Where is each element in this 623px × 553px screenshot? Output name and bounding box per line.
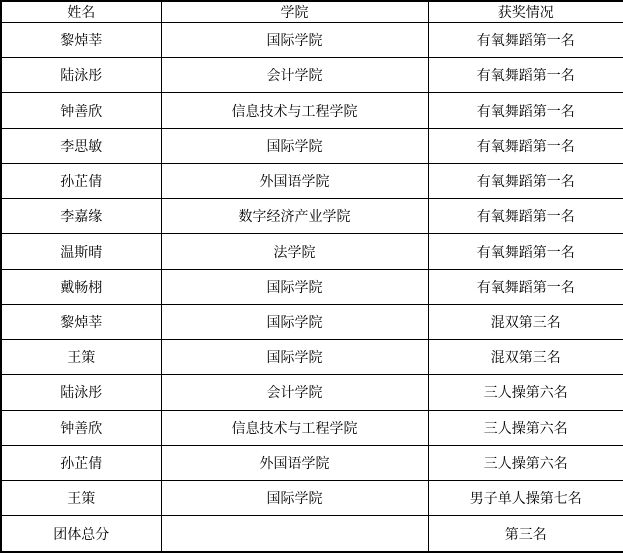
name-cell: 孙芷倩	[1, 163, 161, 198]
table-row: 团体总分 第三名	[1, 516, 623, 552]
table-row: 陆泳彤 会计学院 三人操第六名	[1, 375, 623, 410]
school-cell: 国际学院	[161, 269, 428, 304]
name-cell: 钟善欣	[1, 410, 161, 445]
award-cell: 男子单人操第七名	[428, 481, 623, 516]
name-cell: 温斯晴	[1, 234, 161, 269]
header-cell-award: 获奖情况	[428, 1, 623, 23]
award-cell: 有氧舞蹈第一名	[428, 163, 623, 198]
award-cell: 三人操第六名	[428, 410, 623, 445]
school-cell: 信息技术与工程学院	[161, 93, 428, 128]
award-cell: 有氧舞蹈第一名	[428, 128, 623, 163]
award-cell: 三人操第六名	[428, 445, 623, 480]
name-cell: 钟善欣	[1, 93, 161, 128]
award-cell: 混双第三名	[428, 304, 623, 339]
name-cell: 黎焯莘	[1, 23, 161, 58]
table-row: 李嘉缘 数字经济产业学院 有氧舞蹈第一名	[1, 199, 623, 234]
school-cell: 国际学院	[161, 481, 428, 516]
name-cell: 陆泳彤	[1, 58, 161, 93]
table-row: 王策 国际学院 男子单人操第七名	[1, 481, 623, 516]
table-row: 戴畅栩 国际学院 有氧舞蹈第一名	[1, 269, 623, 304]
school-cell: 会计学院	[161, 58, 428, 93]
school-cell: 国际学院	[161, 23, 428, 58]
table-row: 温斯晴 法学院 有氧舞蹈第一名	[1, 234, 623, 269]
school-cell: 会计学院	[161, 375, 428, 410]
table-row: 黎焯莘 国际学院 混双第三名	[1, 304, 623, 339]
name-cell: 黎焯莘	[1, 304, 161, 339]
name-cell: 王策	[1, 340, 161, 375]
name-cell: 团体总分	[1, 516, 161, 552]
header-row: 姓名 学院 获奖情况	[1, 1, 623, 23]
table-row: 陆泳彤 会计学院 有氧舞蹈第一名	[1, 58, 623, 93]
award-cell: 有氧舞蹈第一名	[428, 234, 623, 269]
table-row: 钟善欣 信息技术与工程学院 有氧舞蹈第一名	[1, 93, 623, 128]
name-cell: 王策	[1, 481, 161, 516]
award-cell: 有氧舞蹈第一名	[428, 199, 623, 234]
school-cell: 国际学院	[161, 128, 428, 163]
award-cell: 有氧舞蹈第一名	[428, 23, 623, 58]
school-cell: 数字经济产业学院	[161, 199, 428, 234]
header-cell-school: 学院	[161, 1, 428, 23]
table-row: 孙芷倩 外国语学院 有氧舞蹈第一名	[1, 163, 623, 198]
table-row: 钟善欣 信息技术与工程学院 三人操第六名	[1, 410, 623, 445]
school-cell: 外国语学院	[161, 163, 428, 198]
table-row: 孙芷倩 外国语学院 三人操第六名	[1, 445, 623, 480]
name-cell: 孙芷倩	[1, 445, 161, 480]
name-cell: 戴畅栩	[1, 269, 161, 304]
school-cell: 外国语学院	[161, 445, 428, 480]
school-cell: 国际学院	[161, 304, 428, 339]
name-cell: 陆泳彤	[1, 375, 161, 410]
table-row: 王策 国际学院 混双第三名	[1, 340, 623, 375]
award-cell: 混双第三名	[428, 340, 623, 375]
award-cell: 有氧舞蹈第一名	[428, 58, 623, 93]
award-cell: 有氧舞蹈第一名	[428, 93, 623, 128]
school-cell: 国际学院	[161, 340, 428, 375]
school-cell: 法学院	[161, 234, 428, 269]
award-cell: 三人操第六名	[428, 375, 623, 410]
award-cell: 有氧舞蹈第一名	[428, 269, 623, 304]
award-cell: 第三名	[428, 516, 623, 552]
name-cell: 李嘉缘	[1, 199, 161, 234]
table-row: 黎焯莘 国际学院 有氧舞蹈第一名	[1, 23, 623, 58]
header-cell-name: 姓名	[1, 1, 161, 23]
school-cell	[161, 516, 428, 552]
table-row: 李思敏 国际学院 有氧舞蹈第一名	[1, 128, 623, 163]
awards-table: 姓名 学院 获奖情况 黎焯莘 国际学院 有氧舞蹈第一名 陆泳彤 会计学院 有氧舞…	[0, 0, 623, 553]
school-cell: 信息技术与工程学院	[161, 410, 428, 445]
name-cell: 李思敏	[1, 128, 161, 163]
